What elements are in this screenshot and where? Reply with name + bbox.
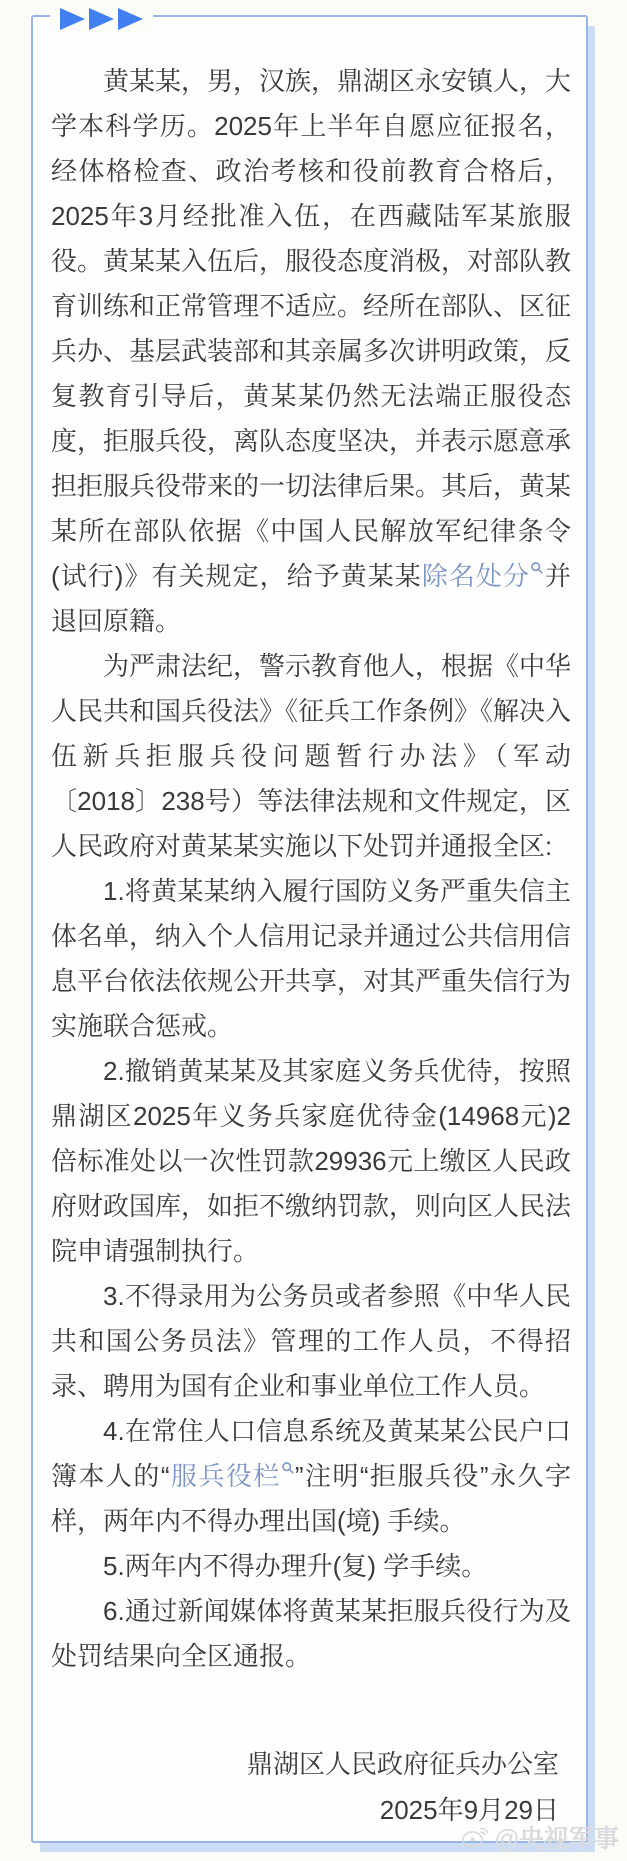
paragraph: 4.在常住人口信息系统及黄某某公民户口簿本人的“服兵役栏”注明“拒服兵役”永久字… bbox=[51, 1409, 571, 1544]
paragraph: 2.撤销黄某某及其家庭义务兵优待，按照鼎湖区2025年义务兵家庭优待金(1496… bbox=[51, 1049, 571, 1274]
paragraph: 3.不得录用为公务员或者参照《中华人民共和国公务员法》管理的工作人员，不得招录、… bbox=[51, 1274, 571, 1409]
decorative-arrows bbox=[50, 5, 153, 33]
paragraph-text: 6.通过新闻媒体将黄某某拒服兵役行为及处罚结果向全区通报。 bbox=[51, 1596, 571, 1671]
search-link[interactable]: 服兵役栏 bbox=[170, 1461, 295, 1491]
paragraph-text: 3.不得录用为公务员或者参照《中华人民共和国公务员法》管理的工作人员，不得招录、… bbox=[51, 1281, 571, 1401]
paragraph-text: 2.撤销黄某某及其家庭义务兵优待，按照鼎湖区2025年义务兵家庭优待金(1496… bbox=[51, 1056, 571, 1266]
play-triangle-icon bbox=[60, 8, 85, 30]
paragraph-text: 黄某某，男，汉族，鼎湖区永安镇人，大学本科学历。2025年上半年自愿应征报名，经… bbox=[51, 66, 571, 591]
paragraph: 1.将黄某某纳入履行国防义务严重失信主体名单，纳入个人信用记录并通过公共信用信息… bbox=[51, 869, 571, 1049]
paragraph-text: 1.将黄某某纳入履行国防义务严重失信主体名单，纳入个人信用记录并通过公共信用信息… bbox=[51, 876, 571, 1041]
search-link[interactable]: 除名处分 bbox=[422, 561, 544, 591]
search-icon bbox=[530, 563, 544, 578]
search-link-text: 服兵役栏 bbox=[170, 1461, 281, 1491]
play-triangle-icon bbox=[118, 8, 143, 30]
weibo-logo-icon bbox=[460, 1824, 490, 1850]
paragraph: 6.通过新闻媒体将黄某某拒服兵役行为及处罚结果向全区通报。 bbox=[51, 1589, 571, 1679]
paragraph-text: 5.两年内不得办理升(复) 学手续。 bbox=[103, 1551, 487, 1581]
paragraph: 5.两年内不得办理升(复) 学手续。 bbox=[51, 1544, 571, 1589]
issuer-signature: 鼎湖区人民政府征兵办公室 bbox=[33, 1741, 559, 1787]
announcement-card: 黄某某，男，汉族，鼎湖区永安镇人，大学本科学历。2025年上半年自愿应征报名，经… bbox=[31, 15, 588, 1843]
play-triangle-icon bbox=[89, 8, 114, 30]
watermark: @央视军事 bbox=[460, 1819, 619, 1855]
paragraph: 黄某某，男，汉族，鼎湖区永安镇人，大学本科学历。2025年上半年自愿应征报名，经… bbox=[51, 59, 571, 644]
paragraph: 为严肃法纪，警示教育他人，根据《中华人民共和国兵役法》《征兵工作条例》《解决入伍… bbox=[51, 644, 571, 869]
paragraph-text: 为严肃法纪，警示教育他人，根据《中华人民共和国兵役法》《征兵工作条例》《解决入伍… bbox=[51, 651, 571, 861]
announcement-body: 黄某某，男，汉族，鼎湖区永安镇人，大学本科学历。2025年上半年自愿应征报名，经… bbox=[33, 17, 586, 1679]
watermark-handle: @央视军事 bbox=[495, 1819, 619, 1855]
search-icon bbox=[281, 1463, 295, 1478]
search-link-text: 除名处分 bbox=[422, 561, 530, 591]
announcement-image: 黄某某，男，汉族，鼎湖区永安镇人，大学本科学历。2025年上半年自愿应征报名，经… bbox=[0, 0, 627, 1861]
